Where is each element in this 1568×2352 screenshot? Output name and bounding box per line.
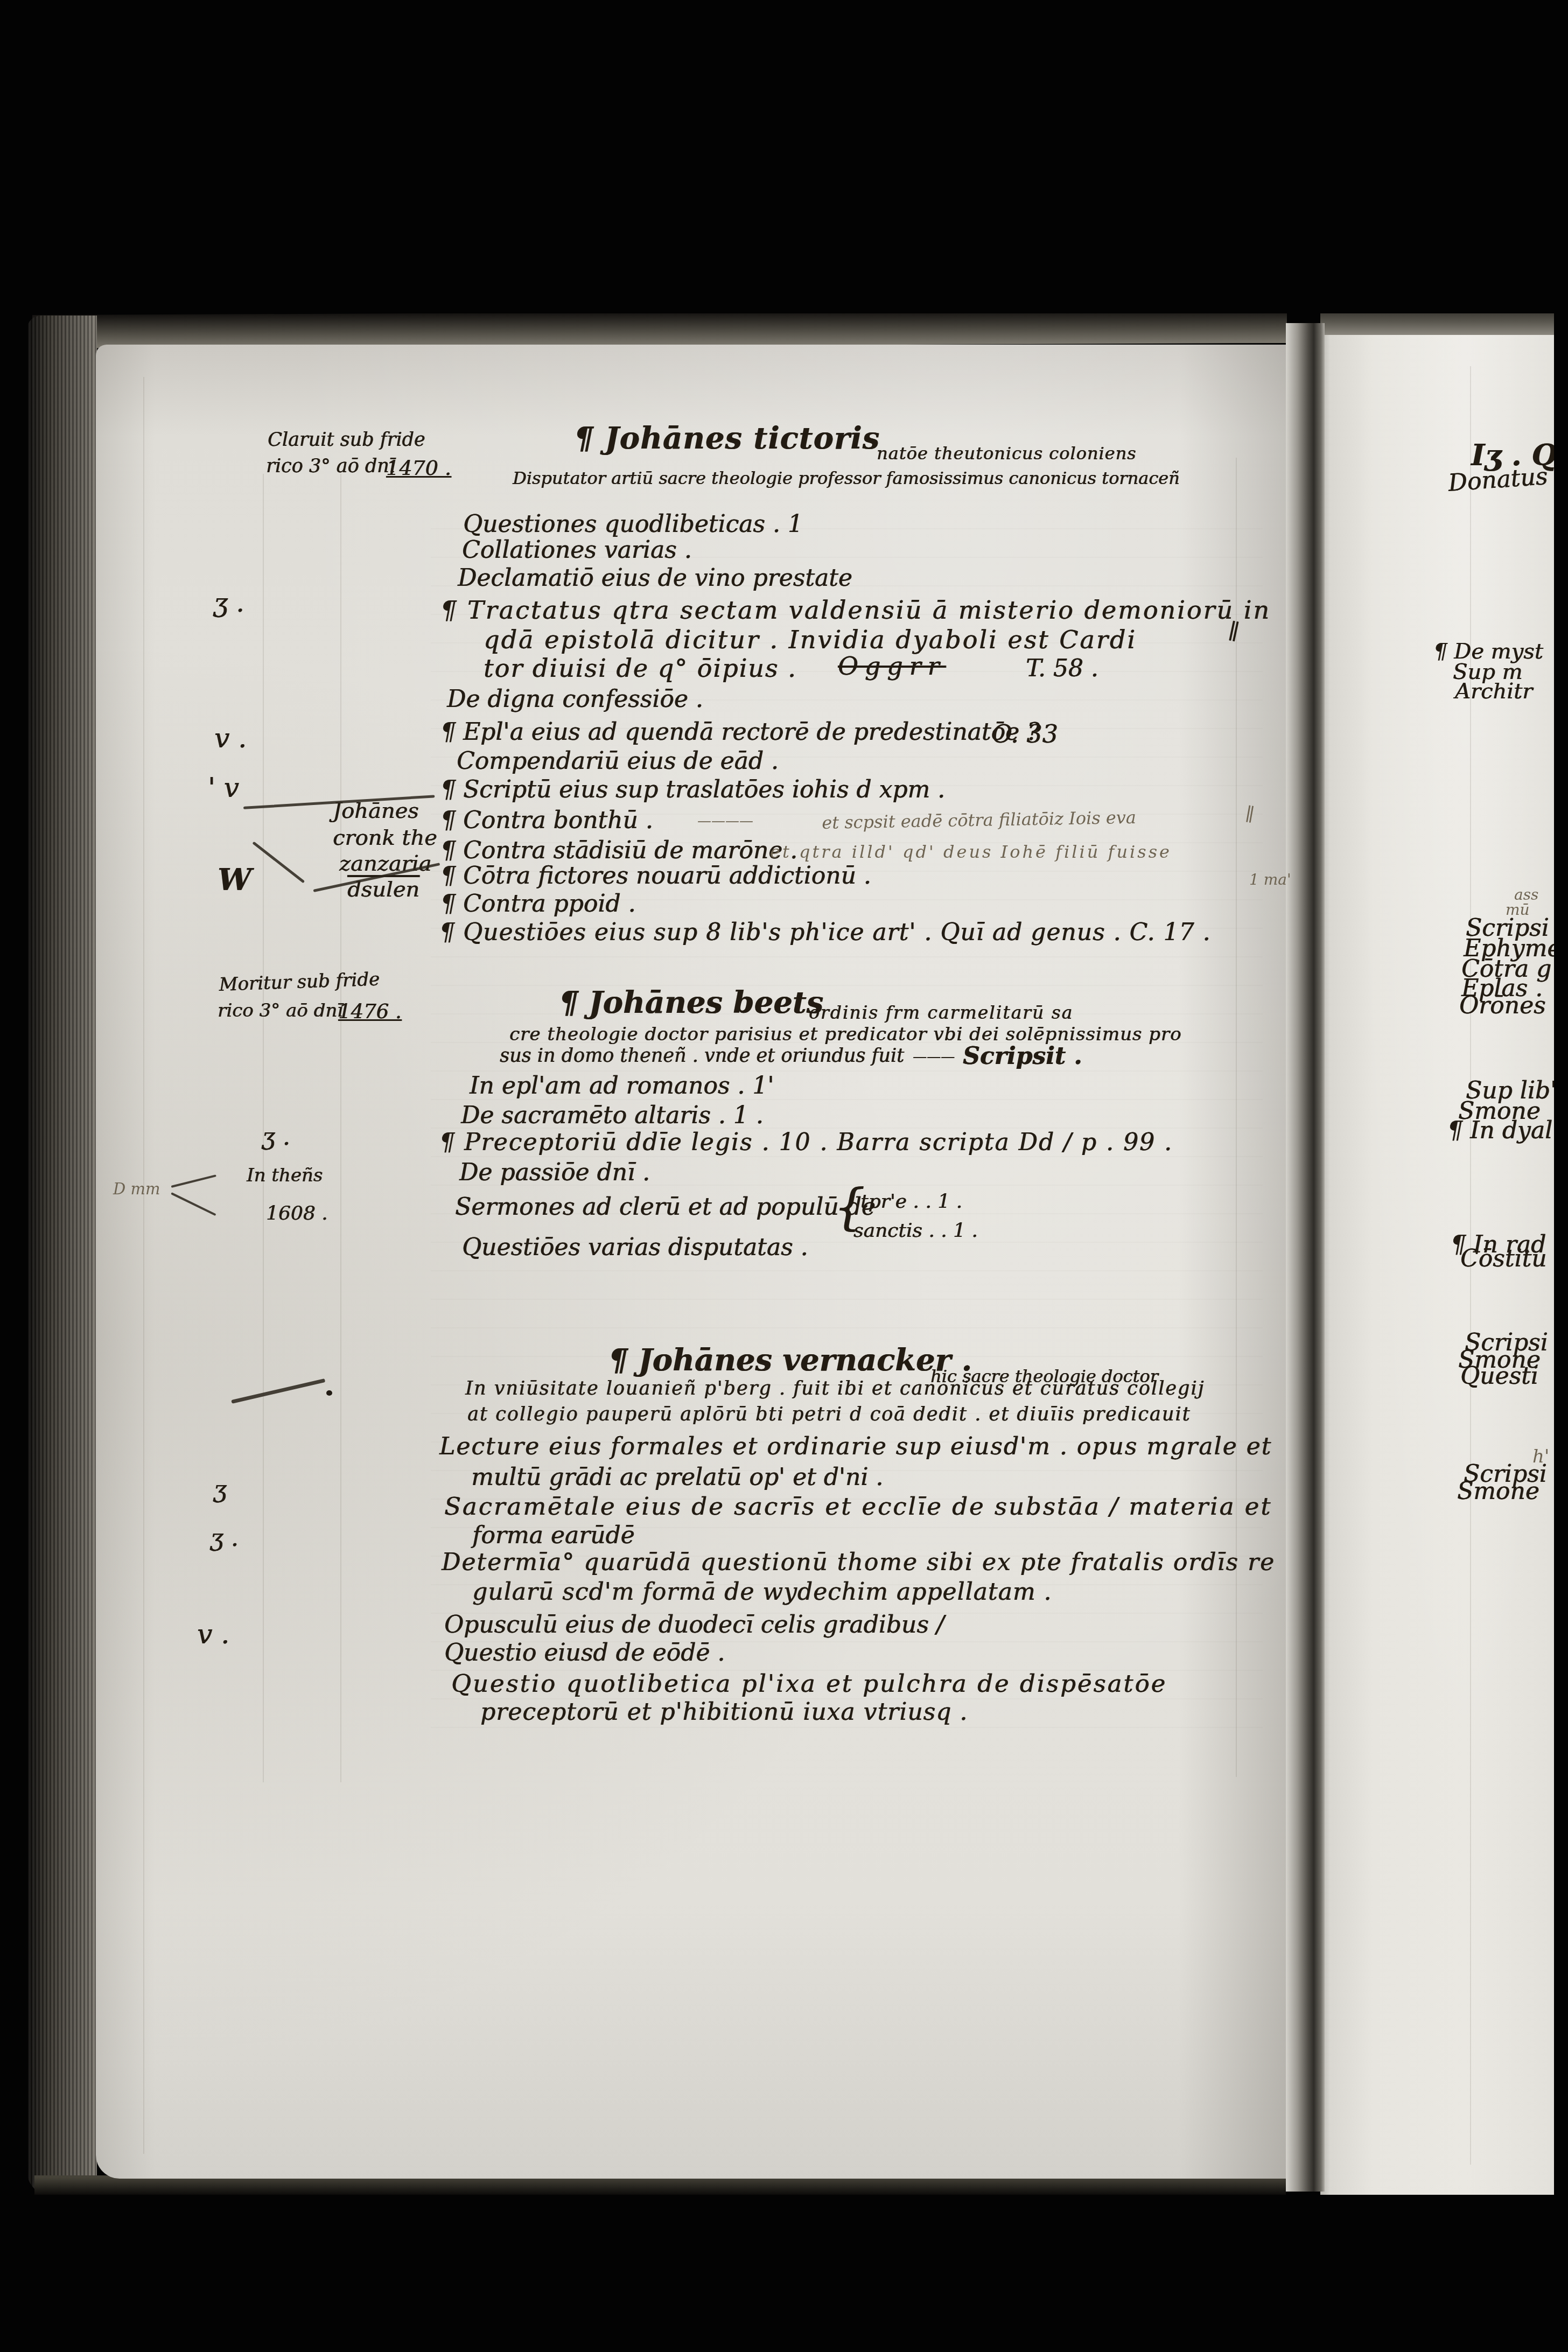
photo-black-border-right <box>1554 0 1568 2352</box>
photographed-manuscript-page: { "palette":{"background":"#030303","pap… <box>0 0 1568 2352</box>
right-page-handwriting-layer: Iʒ . QDonatus¶ De mystSup mArchitrassmūS… <box>0 0 1568 2352</box>
fragment-line: ass <box>1514 887 1538 902</box>
ink-dot <box>326 1390 332 1396</box>
fragment-line: Questi <box>1460 1364 1538 1388</box>
photo-black-border-top <box>0 0 1568 313</box>
fragment-line: Architr <box>1455 681 1532 702</box>
photo-black-border-bottom <box>0 2195 1568 2352</box>
fragment-line: Orōnes <box>1459 994 1546 1018</box>
fragment-line: ¶ In dyal <box>1447 1119 1552 1143</box>
fragment-line: ¶ De myst <box>1433 641 1543 662</box>
fragment-line: Smone <box>1457 1480 1539 1503</box>
fragment-line: Cōstitu <box>1460 1247 1547 1271</box>
photo-black-border-left <box>0 0 28 2352</box>
fragment-line: Donatus <box>1447 465 1549 495</box>
